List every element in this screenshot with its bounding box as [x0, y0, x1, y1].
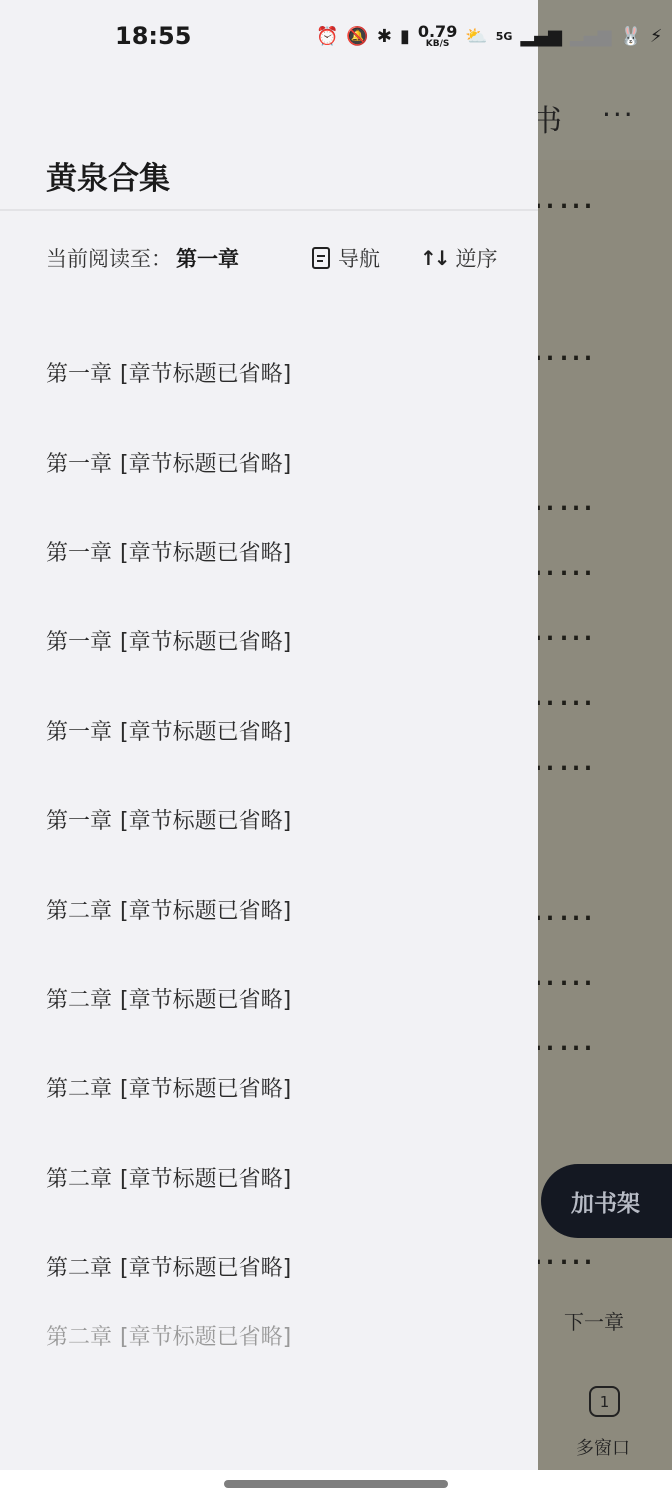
alarm-icon: ⏰ [316, 26, 338, 47]
chapter-item[interactable]: 第一章[章节标题已省略] [0, 596, 538, 685]
progress-label: 当前阅读至： [46, 243, 172, 273]
divider [0, 209, 538, 211]
chapter-item[interactable]: 第一章[章节标题已省略] [0, 328, 538, 417]
chapter-drawer: 18:55 ⏰ 🔕 ✱ ▮ 0.79 KB/S ⛅ 5G ▂▄▆ ▂▄▆ 🐰 ⚡… [0, 0, 538, 1470]
chapter-item[interactable]: 第二章[章节标题已省略] [0, 864, 538, 953]
net-speed: 0.79 KB/S [418, 24, 457, 49]
next-chapter-button[interactable]: 下一章 [564, 1306, 624, 1335]
reading-progress: 当前阅读至： 第一章 导航 ↑↓ 逆序 [46, 243, 506, 273]
add-to-bookshelf-label: 加书架 [571, 1185, 640, 1218]
chapter-item[interactable]: 第二章[章节标题已省略] [0, 954, 538, 1043]
multiwindow-count: 1 [600, 1393, 610, 1411]
progress-value[interactable]: 第一章 [176, 243, 239, 273]
chapter-item[interactable]: 第二章[章节标题已省略] [0, 1222, 538, 1311]
drawer-title: 黄泉合集 [46, 153, 170, 198]
status-icons: ⏰ 🔕 ✱ ▮ 0.79 KB/S ⛅ 5G ▂▄▆ ▂▄▆ 🐰 ⚡ [316, 24, 663, 49]
screen: 书 ··· …… …… …… …… …… …… …… …… …… …… …… 加… [0, 0, 672, 1500]
bluetooth-icon: ✱ [377, 26, 392, 47]
signal-icon: ▂▄▆ [570, 26, 612, 47]
chapter-list[interactable]: 第一章[章节标题已省略] 第一章[章节标题已省略] 第一章[章节标题已省略] 第… [0, 328, 538, 1348]
chapter-item[interactable]: 第一章[章节标题已省略] [0, 507, 538, 596]
mute-bell-icon: 🔕 [346, 26, 368, 47]
charging-icon: ⚡ [650, 26, 663, 47]
sticker-icon: 🐰 [620, 26, 642, 47]
navigation-icon [312, 247, 330, 269]
chapter-item[interactable]: 第一章[章节标题已省略] [0, 417, 538, 506]
battery-small-icon: ▮ [400, 26, 410, 47]
weather-icon: ⛅ [465, 26, 487, 47]
more-icon[interactable]: ··· [602, 98, 635, 131]
multiwindow-label[interactable]: 多窗口 [576, 1434, 630, 1460]
navigation-button[interactable]: 导航 [312, 243, 380, 273]
chapter-item[interactable]: 第一章[章节标题已省略] [0, 686, 538, 775]
chapter-item[interactable]: 第二章[章节标题已省略] [0, 1043, 538, 1132]
status-time: 18:55 [115, 22, 191, 50]
signal-icon: ▂▄▆ [520, 26, 562, 47]
navigation-label: 导航 [338, 243, 380, 273]
chapter-item[interactable]: 第二章[章节标题已省略] [0, 1133, 538, 1222]
network-label: 5G [496, 30, 513, 43]
add-to-bookshelf-button[interactable]: 加书架 [541, 1164, 672, 1238]
reverse-order-label: 逆序 [456, 243, 498, 273]
chapter-item[interactable]: 第二章[章节标题已省略] [0, 1311, 538, 1348]
chapter-item[interactable]: 第一章[章节标题已省略] [0, 775, 538, 864]
home-indicator[interactable] [224, 1480, 448, 1488]
reverse-order-button[interactable]: ↑↓ 逆序 [420, 243, 498, 273]
sort-icon: ↑↓ [420, 246, 448, 270]
multiwindow-icon[interactable]: 1 [589, 1386, 620, 1417]
